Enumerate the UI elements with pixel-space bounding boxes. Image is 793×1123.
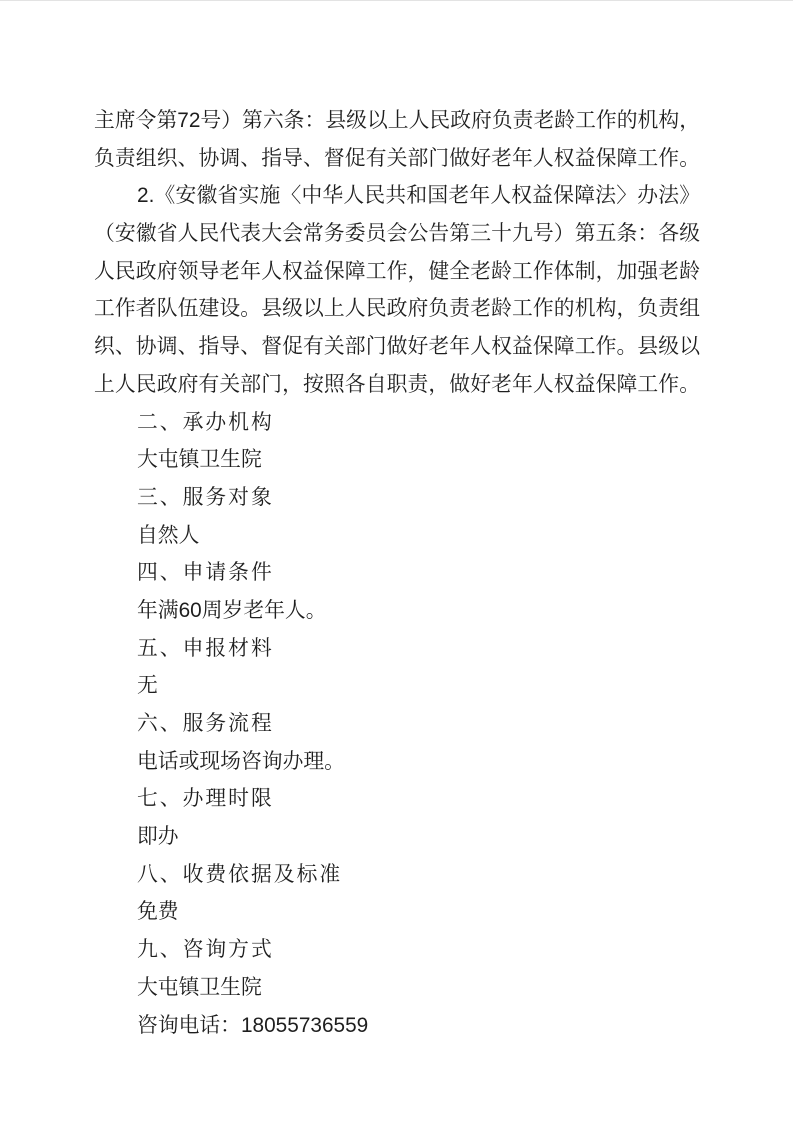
section-heading-fee-basis-standard: 八、收费依据及标准 [94,856,700,894]
body-text-line: 人民政府领导老年人权益保障工作，健全老龄工作体制，加强老龄 [94,253,700,291]
section-heading-service-process: 六、服务流程 [94,705,700,743]
regulation-title-line: 2.《安徽省实施〈中华人民共和国老年人权益保障法〉办法》 [94,177,700,215]
section-value-processing-time-limit: 即办 [94,818,700,856]
section-heading-application-conditions: 四、申请条件 [94,554,700,592]
section-value-consultation-org: 大屯镇卫生院 [94,969,700,1007]
body-text-line: （安徽省人民代表大会常务委员会公告第三十九号）第五条：各级 [94,215,700,253]
body-text-line: 工作者队伍建设。县级以上人民政府负责老龄工作的机构，负责组 [94,290,700,328]
section-value-application-conditions: 年满60周岁老年人。 [94,592,700,630]
section-value-consultation-phone: 咨询电话：18055736559 [94,1007,700,1045]
section-heading-organizer: 二、承办机构 [94,404,700,442]
document-content: 主席令第72号）第六条：县级以上人民政府负责老龄工作的机构， 负责组织、协调、指… [94,102,700,1044]
section-value-service-target: 自然人 [94,517,700,555]
section-heading-processing-time-limit: 七、办理时限 [94,780,700,818]
section-heading-application-materials: 五、申报材料 [94,630,700,668]
body-text-line: 主席令第72号）第六条：县级以上人民政府负责老龄工作的机构， [94,102,700,140]
body-text-line: 负责组织、协调、指导、督促有关部门做好老年人权益保障工作。 [94,140,700,178]
body-text-line: 织、协调、指导、督促有关部门做好老年人权益保障工作。县级以 [94,328,700,366]
body-text-line: 上人民政府有关部门，按照各自职责，做好老年人权益保障工作。 [94,366,700,404]
section-value-service-process: 电话或现场咨询办理。 [94,743,700,781]
section-heading-service-target: 三、服务对象 [94,479,700,517]
section-value-fee-basis-standard: 免费 [94,893,700,931]
section-heading-consultation-method: 九、咨询方式 [94,931,700,969]
section-value-application-materials: 无 [94,667,700,705]
document-page: 主席令第72号）第六条：县级以上人民政府负责老龄工作的机构， 负责组织、协调、指… [0,0,793,1123]
section-value-organizer: 大屯镇卫生院 [94,441,700,479]
